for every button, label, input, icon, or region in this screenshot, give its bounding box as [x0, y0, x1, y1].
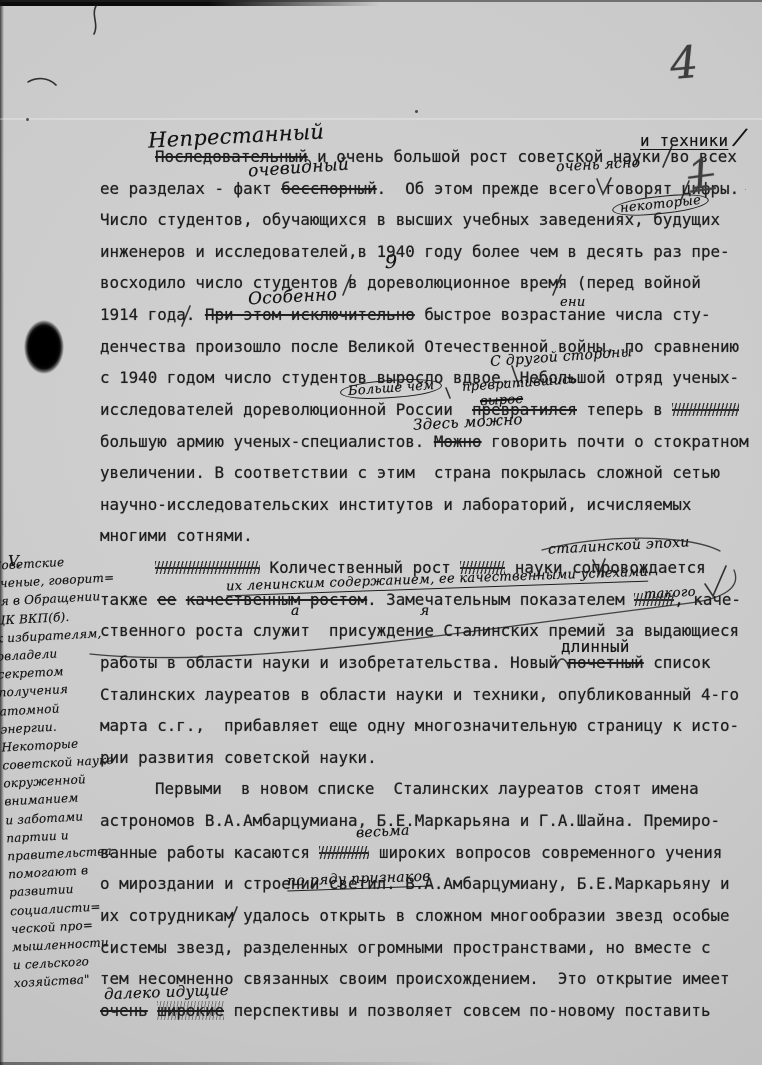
- handwritten-annotation: вырос: [480, 392, 524, 409]
- comma-mark-vyroslo: [446, 388, 450, 398]
- typed-text-segment: научно-исследовательских институтов и ла…: [100, 495, 691, 514]
- typed-text-segment: их сотрудникам удалось открыть в сложном…: [100, 906, 730, 925]
- typed-line: ственного роста служит присуждение Стали…: [100, 621, 739, 641]
- typed-line: Первыми в новом списке Сталинских лауреа…: [155, 779, 699, 799]
- handwritten-annotation: такого: [644, 585, 697, 603]
- typed-line: восходило число студентов в дореволюцион…: [100, 273, 701, 293]
- document-page: Советскиеученые, говорит=ся в ОбращенииЦ…: [0, 0, 762, 1065]
- typed-line: увеличении. В соответствии с этим страна…: [100, 463, 720, 483]
- typed-text-segment: [176, 590, 186, 609]
- typed-line: астрономов В.А.Амбарцумиана, Б.Е.Маркарь…: [100, 811, 720, 831]
- typed-line: денчества произошло после Великой Отечес…: [100, 337, 739, 357]
- struck-text: Можно: [434, 432, 482, 451]
- typed-line: инженеров и исследователей,в 1940 году б…: [100, 242, 730, 262]
- margin-note: Советскиеученые, говорит=ся в ОбращенииЦ…: [0, 554, 110, 995]
- typed-text-segment: астрономов В.А.Амбарцумиана, Б.Е.Маркарь…: [100, 811, 720, 830]
- typed-line: ванные работы касаются широких вопросов …: [100, 843, 722, 863]
- typed-text-segment: список: [644, 653, 711, 672]
- typed-line: их сотрудникам удалось открыть в сложном…: [100, 906, 730, 926]
- scan-streak: [0, 118, 762, 120]
- typed-text-segment: системы звезд, разделенных огромными про…: [100, 938, 710, 957]
- scribbled-out-word: [155, 561, 260, 574]
- typed-text-segment: инженеров и исследователей,в 1940 году б…: [100, 242, 730, 261]
- typed-line: очень широкие перспективы и позволяет со…: [100, 1001, 711, 1021]
- scan-edge-top-thin: [0, 0, 762, 2]
- typed-text-segment: Сталинских лауреатов в области науки и т…: [100, 685, 739, 704]
- handwritten-annotation: длинный: [561, 637, 630, 656]
- scan-edge-left: [0, 0, 4, 1065]
- page-number: 4: [668, 37, 701, 90]
- typed-text-segment: многими сотнями.: [100, 526, 253, 545]
- scribbled-out-word: [319, 846, 369, 859]
- handwritten-annotation: сталинской эпохи: [548, 534, 690, 557]
- handwritten-annotation: весьма: [356, 823, 410, 842]
- dust-specks: [415, 110, 418, 113]
- ink-squiggle-left: [28, 79, 56, 85]
- struck-text: очень: [100, 1001, 148, 1020]
- typed-text-segment: ее разделах - факт: [100, 179, 281, 198]
- typed-text-segment: увеличении. В соответствии с этим страна…: [100, 463, 720, 482]
- typed-text-segment: широких вопросов современного учения: [369, 843, 722, 862]
- typed-text-segment: теперь в: [577, 400, 672, 419]
- typed-line: рии развития советской науки.: [100, 748, 377, 768]
- ink-blot: [24, 320, 64, 374]
- typed-text-segment: [148, 1001, 158, 1020]
- typed-line: Последовательный и очень большой рост со…: [155, 147, 737, 167]
- typed-text-segment: 1914 года.: [100, 305, 205, 324]
- struck-text: широкие: [157, 1001, 224, 1020]
- struck-text: бесспорный: [281, 179, 376, 198]
- typed-text-segment: ственного роста служит присуждение Стали…: [100, 621, 739, 640]
- typed-line: системы звезд, разделенных огромными про…: [100, 938, 710, 958]
- ink-squiggle-top: [94, 6, 96, 34]
- handwritten-annotation: очень ясно: [556, 155, 641, 175]
- scribbled-out-word: [672, 403, 739, 416]
- handwritten-annotation: V,: [8, 552, 22, 570]
- handwritten-annotation: ени: [560, 295, 586, 310]
- typed-text-segment: рии развития советской науки.: [100, 748, 377, 767]
- typed-text-segment: денчества произошло после Великой Отечес…: [100, 337, 739, 356]
- typed-text-segment: говорить почти о стократном: [482, 432, 749, 451]
- margin-note-line: хозяйства": [14, 972, 111, 995]
- typed-text-segment: . Замечательным показателем: [367, 590, 634, 609]
- typed-line: многими сотнями.: [100, 526, 253, 546]
- typed-text-segment: восходило число студентов в дореволюцион…: [100, 273, 701, 292]
- typed-line: большую армию ученых-специалистов. Можно…: [100, 432, 749, 452]
- typed-text-segment: марта с.г., прибавляет еще одну многозна…: [100, 716, 739, 735]
- typed-text-segment: перспективы и позволяет совсем по-новому…: [224, 1001, 710, 1020]
- handwritten-annotation: 9: [385, 251, 397, 273]
- typed-text-segment: Первыми в новом списке Сталинских лауреа…: [155, 779, 699, 798]
- typed-text-segment: работы в области науки и изобретательств…: [100, 653, 567, 672]
- handwritten-annotation: /: [733, 122, 747, 151]
- struck-text: ее: [157, 590, 176, 609]
- handwritten-annotation: я: [420, 603, 430, 619]
- typed-text-segment: большую армию ученых-специалистов.: [100, 432, 434, 451]
- typed-line: ее разделах - факт бесспорный. Об этом п…: [100, 179, 739, 199]
- typed-text-segment: также: [100, 590, 157, 609]
- typed-line: научно-исследовательских институтов и ла…: [100, 495, 691, 515]
- typed-text-segment: ванные работы касаются: [100, 843, 319, 862]
- typed-line: марта с.г., прибавляет еще одну многозна…: [100, 716, 739, 736]
- typed-line: 1914 года. При этом исключительно быстро…: [100, 305, 711, 325]
- handwritten-annotation: а: [291, 603, 300, 619]
- typed-line: Сталинских лауреатов в области науки и т…: [100, 685, 739, 705]
- handwritten-annotation: и техники: [640, 131, 728, 150]
- struck-text: При этом исключительно: [205, 305, 415, 324]
